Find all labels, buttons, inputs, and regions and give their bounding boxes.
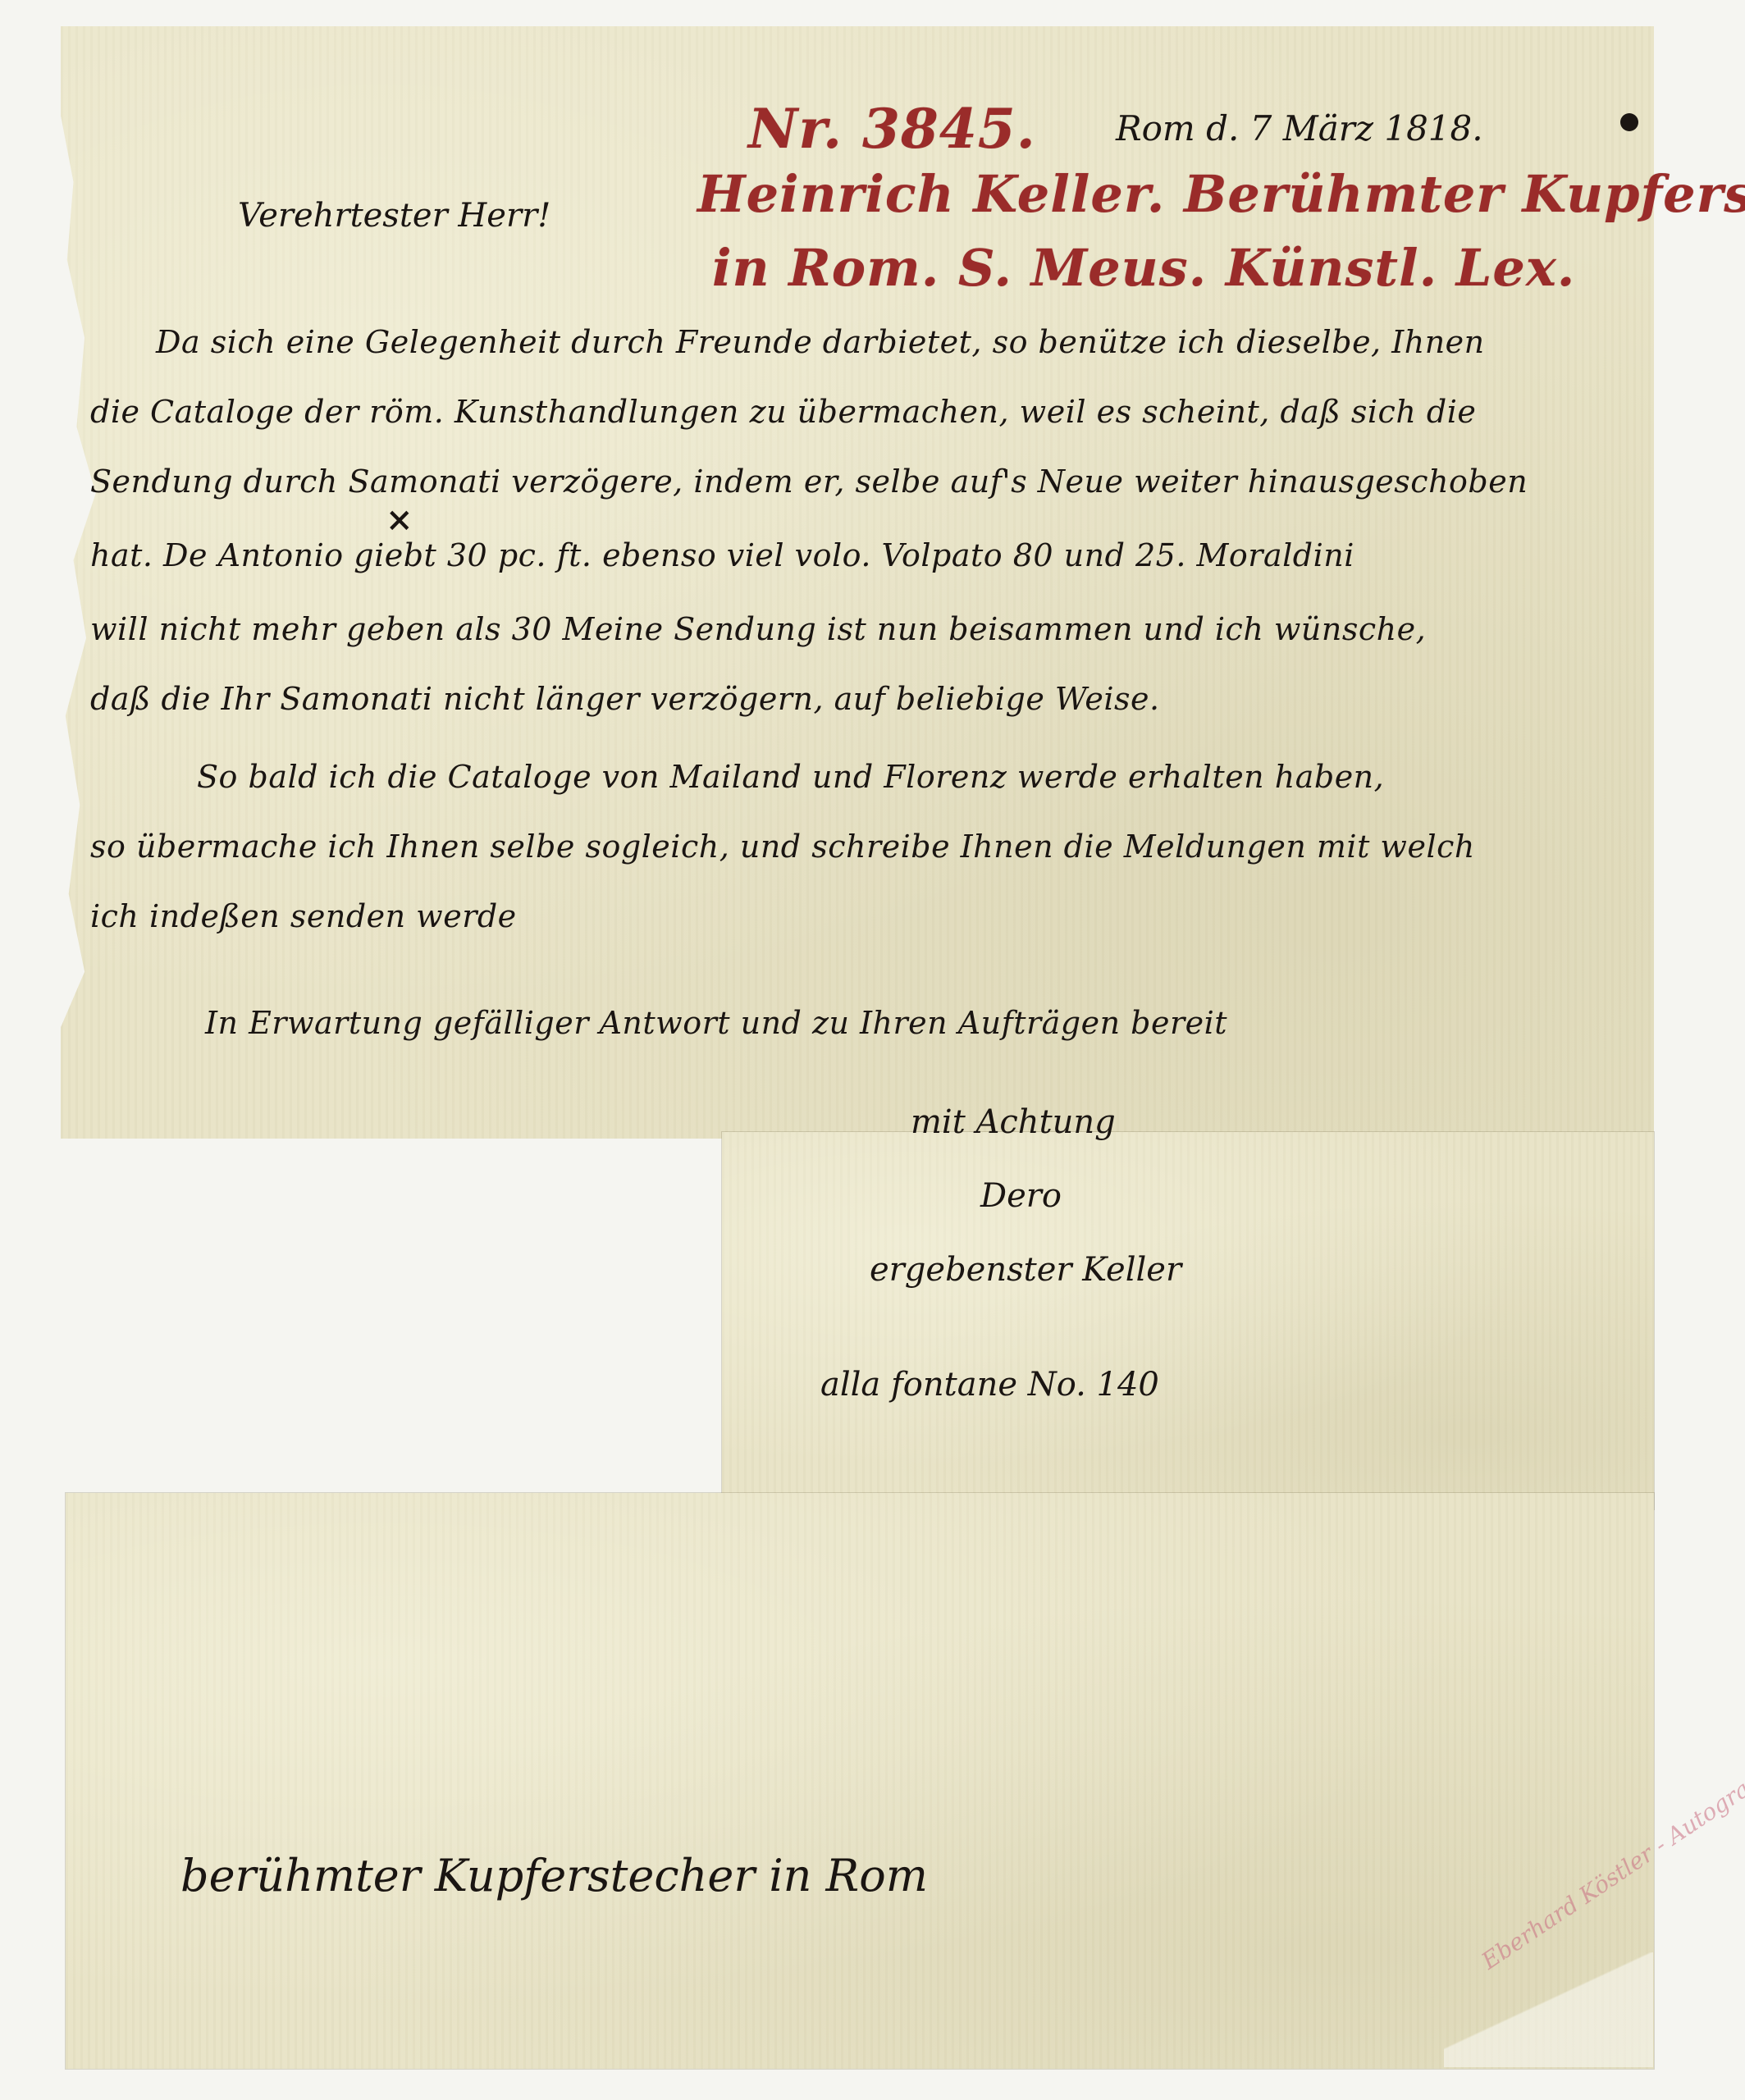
body-line: Sendung durch Samonati verzögere, indem …: [90, 463, 1528, 500]
salutation: Verehrtester Herr!: [238, 197, 550, 235]
letter-sheet-middle-strip: [722, 1132, 1654, 1509]
letter-sheet-lower: [66, 1493, 1654, 2069]
body-line: daß die Ihr Samonati nicht länger verzög…: [90, 681, 1160, 717]
archive-annotation-line-2: in Rom. S. Meus. Künstl. Lex.: [712, 238, 1575, 298]
body-line: So bald ich die Cataloge von Mailand und…: [197, 759, 1384, 795]
body-line: will nicht mehr geben als 30 Meine Sendu…: [90, 611, 1426, 647]
archive-number: Nr. 3845.: [748, 97, 1036, 161]
cross-mark: ×: [386, 500, 413, 539]
body-line: Da sich eine Gelegenheit durch Freunde d…: [156, 324, 1485, 360]
archive-annotation-line-1: Heinrich Keller. Berühmter Kupferstecher: [697, 164, 1745, 224]
body-line: ich indeßen senden werde: [90, 898, 517, 934]
address-line: alla fontane No. 140: [820, 1366, 1159, 1404]
closing-line-1: mit Achtung: [911, 1103, 1116, 1141]
signature: ergebenster Keller: [870, 1251, 1181, 1289]
body-line: die Cataloge der röm. Kunsthandlungen zu…: [90, 394, 1476, 430]
mounting-tape: [1444, 1952, 1653, 2067]
body-line: so übermache ich Ihnen selbe sogleich, u…: [90, 829, 1475, 865]
closing-paragraph: In Erwartung gefälliger Antwort und zu I…: [205, 1005, 1227, 1041]
body-line: hat. De Antonio giebt 30 pc. ft. ebenso …: [90, 537, 1354, 573]
closing-line-2: Dero: [980, 1177, 1062, 1215]
dateline: Rom d. 7 März 1818.: [1116, 108, 1483, 148]
ink-dot-mark: [1620, 113, 1638, 131]
bottom-note: berühmter Kupferstecher in Rom: [180, 1850, 928, 1901]
